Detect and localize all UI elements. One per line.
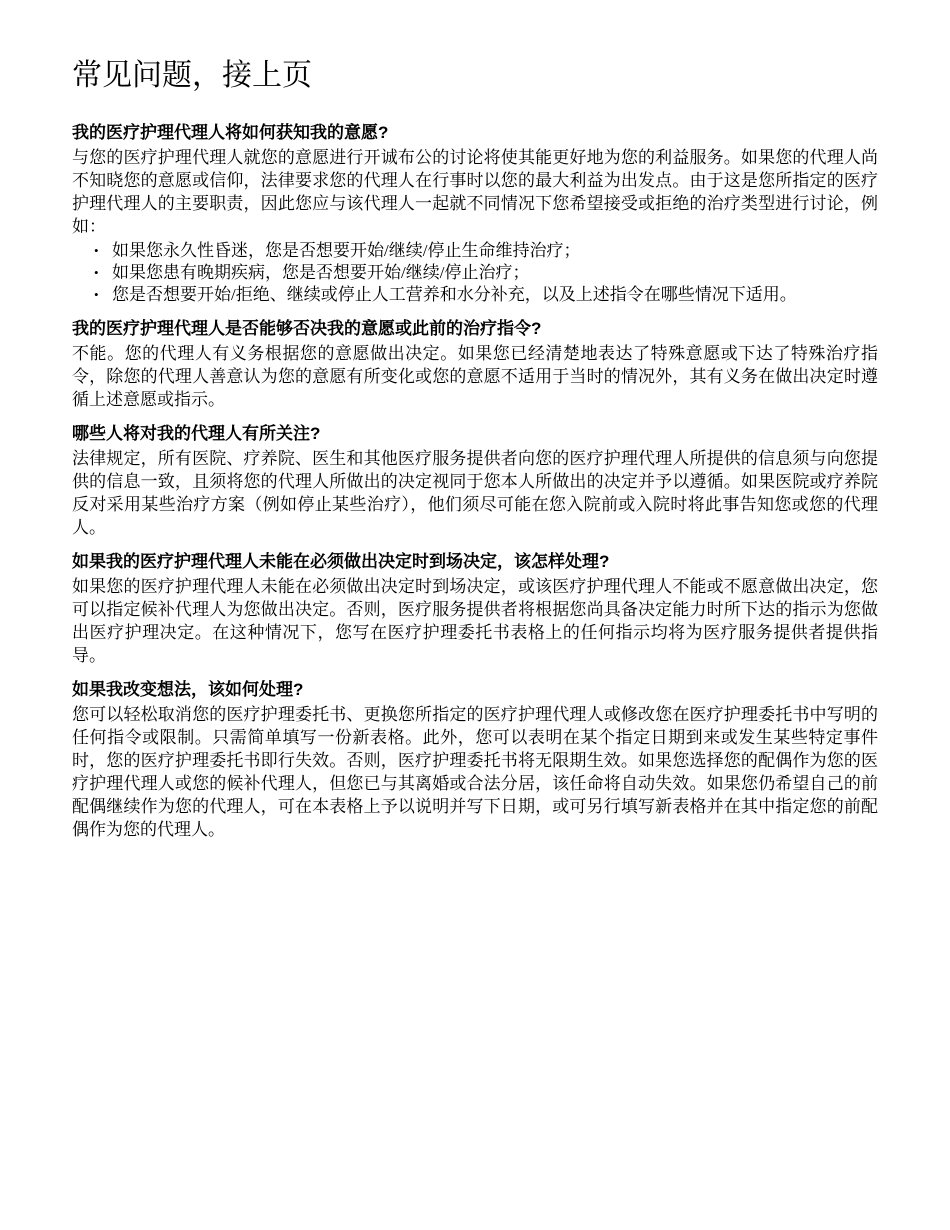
bullet-icon: •	[94, 284, 112, 306]
page-title: 常见问题，接上页	[72, 57, 878, 95]
list-item: • 如果您患有晚期疾病，您是否想要开始/继续/停止治疗；	[72, 262, 878, 284]
faq-section: 如果我改变想法，该如何处理? 您可以轻松取消您的医疗护理委托书、更换您所指定的医…	[72, 678, 878, 841]
list-item: • 您是否想要开始/拒绝、继续或停止人工营养和水分补充，以及上述指令在哪些情况下…	[72, 284, 878, 306]
list-item-text: 如果您患有晚期疾病，您是否想要开始/继续/停止治疗；	[112, 262, 878, 284]
faq-answer: 不能。您的代理人有义务根据您的意愿做出决定。如果您已经清楚地表达了特殊意愿或下达…	[72, 342, 878, 411]
faq-section: 我的医疗护理代理人将如何获知我的意愿? 与您的医疗护理代理人就您的意愿进行开诚布…	[72, 121, 878, 306]
faq-answer: 法律规定，所有医院、疗养院、医生和其他医疗服务提供者向您的医疗护理代理人所提供的…	[72, 447, 878, 539]
faq-section: 如果我的医疗护理代理人未能在必须做出决定时到场决定，该怎样处理? 如果您的医疗护…	[72, 550, 878, 667]
bullet-icon: •	[94, 240, 112, 262]
list-item-text: 您是否想要开始/拒绝、继续或停止人工营养和水分补充，以及上述指令在哪些情况下适用…	[112, 284, 878, 306]
list-item-text: 如果您永久性昏迷，您是否想要开始/继续/停止生命维持治疗；	[112, 240, 878, 262]
faq-section: 哪些人将对我的代理人有所关注? 法律规定，所有医院、疗养院、医生和其他医疗服务提…	[72, 422, 878, 539]
faq-question: 如果我改变想法，该如何处理?	[72, 678, 878, 701]
faq-question: 如果我的医疗护理代理人未能在必须做出决定时到场决定，该怎样处理?	[72, 550, 878, 573]
faq-bullet-list: • 如果您永久性昏迷，您是否想要开始/继续/停止生命维持治疗； • 如果您患有晚…	[72, 240, 878, 306]
faq-question: 我的医疗护理代理人将如何获知我的意愿?	[72, 121, 878, 144]
list-item: • 如果您永久性昏迷，您是否想要开始/继续/停止生命维持治疗；	[72, 240, 878, 262]
faq-answer: 与您的医疗护理代理人就您的意愿进行开诚布公的讨论将使其能更好地为您的利益服务。如…	[72, 146, 878, 238]
faq-question: 我的医疗护理代理人是否能够否决我的意愿或此前的治疗指令?	[72, 317, 878, 340]
faq-answer: 您可以轻松取消您的医疗护理委托书、更换您所指定的医疗护理代理人或修改您在医疗护理…	[72, 703, 878, 841]
faq-question: 哪些人将对我的代理人有所关注?	[72, 422, 878, 445]
bullet-icon: •	[94, 262, 112, 284]
faq-section: 我的医疗护理代理人是否能够否决我的意愿或此前的治疗指令? 不能。您的代理人有义务…	[72, 317, 878, 411]
document-page: 常见问题，接上页 我的医疗护理代理人将如何获知我的意愿? 与您的医疗护理代理人就…	[0, 0, 950, 1230]
faq-answer: 如果您的医疗护理代理人未能在必须做出决定时到场决定，或该医疗护理代理人不能或不愿…	[72, 575, 878, 667]
